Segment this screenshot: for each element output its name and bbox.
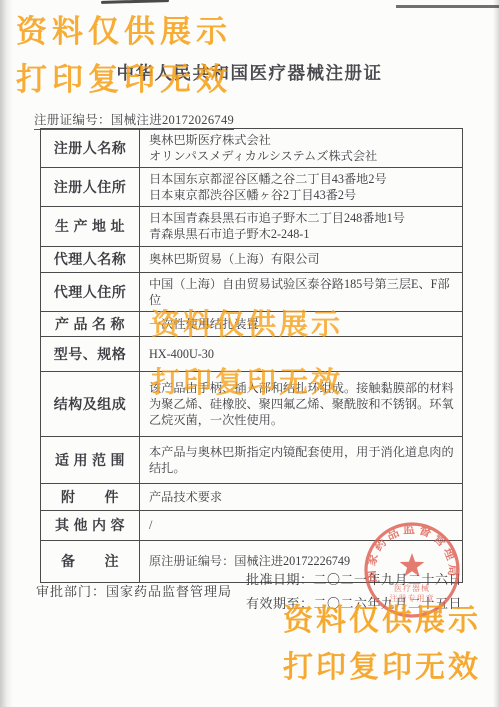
row-label: 适 用 范 围 — [41, 437, 140, 483]
row-label: 结构及组成 — [41, 372, 140, 436]
approval-department: 审批部门：国家药品监督管理局 — [36, 581, 232, 600]
table-row: 结构及组成 该产品由手柄、插入部和结扎环组成。接触黏膜部的材料为聚乙烯、硅橡胶、… — [41, 371, 462, 436]
table-row: 产 品 名 称 一次性使用结扎装置 — [41, 311, 462, 336]
row-label: 代理人住所 — [41, 273, 140, 311]
row-label: 注册人名称 — [41, 129, 140, 167]
watermark-line: 资料仅供展示 — [16, 8, 232, 56]
table-row: 注册人住所 日本国东京都涩谷区幡之谷二丁目43番地2号 日本東京都渋谷区幡ヶ谷2… — [41, 167, 462, 206]
table-row: 型号、规格 HX-400U-30 — [41, 336, 462, 371]
watermark-top: 资料仅供展示 打印复印无效 — [16, 8, 232, 104]
row-label: 注册人住所 — [41, 168, 140, 206]
row-label: 备 注 — [41, 541, 140, 582]
certificate-page: 中华人民共和国医疗器械注册证 注册证编号：国械注进20172026749 注册人… — [0, 0, 499, 707]
row-value: 该产品由手柄、插入部和结扎环组成。接触黏膜部的材料为聚乙烯、硅橡胶、聚四氟乙烯、… — [140, 372, 462, 436]
certificate-table: 注册人名称 奥林巴斯医疗株式会社 オリンパスメディカルシステムズ株式会社 注册人… — [40, 128, 463, 583]
approval-dates: 批准日期：二〇二一年九月二十六日 有效期至：二〇二六年九月二十五日 — [246, 568, 462, 616]
scan-artifact-top-right — [396, 5, 499, 8]
scan-edge-right — [493, 0, 499, 707]
row-label: 代理人名称 — [41, 247, 140, 272]
row-value: / — [140, 511, 462, 540]
scan-artifact-top-left — [101, 0, 169, 4]
registration-number: 注册证编号：国械注进20172026749 — [34, 110, 234, 130]
row-label: 型号、规格 — [41, 337, 140, 371]
row-value: 产品技术要求 — [140, 484, 462, 510]
row-value: 奥林巴斯贸易（上海）有限公司 — [140, 247, 462, 272]
table-row: 其 他 内 容 / — [41, 510, 462, 540]
row-label: 其 他 内 容 — [41, 511, 140, 540]
row-value: 奥林巴斯医疗株式会社 オリンパスメディカルシステムズ株式会社 — [140, 129, 462, 167]
row-value: 日本国东京都涩谷区幡之谷二丁目43番地2号 日本東京都渋谷区幡ヶ谷2丁目43番2… — [140, 168, 462, 206]
row-label: 附 件 — [41, 484, 140, 510]
watermark-line: 打印复印无效 — [283, 644, 481, 691]
row-value: 日本国青森县黑石市追子野木二丁目248番地1号 青森県黒石市追子野木2-248-… — [140, 207, 462, 245]
valid-until-date: 有效期至：二〇二六年九月二十五日 — [246, 592, 462, 616]
table-row: 代理人住所 中国（上海）自由贸易试验区泰谷路185号第三层E、F部位 — [41, 272, 462, 311]
scan-edge-left — [0, 0, 13, 707]
row-value: 本产品与奥林巴斯指定内镜配套使用，用于消化道息肉的结扎。 — [140, 437, 462, 483]
row-value: 一次性使用结扎装置 — [140, 312, 462, 336]
row-value: 中国（上海）自由贸易试验区泰谷路185号第三层E、F部位 — [140, 273, 462, 311]
table-row: 生 产 地 址 日本国青森县黑石市追子野木二丁目248番地1号 青森県黒石市追子… — [41, 206, 462, 245]
table-row: 附 件 产品技术要求 — [41, 483, 462, 510]
row-label: 产 品 名 称 — [41, 312, 140, 336]
row-value: HX-400U-30 — [140, 337, 462, 371]
certificate-title: 中华人民共和国医疗器械注册证 — [0, 60, 499, 85]
table-row: 适 用 范 围 本产品与奥林巴斯指定内镜配套使用，用于消化道息肉的结扎。 — [41, 436, 462, 483]
approval-date: 批准日期：二〇二一年九月二十六日 — [246, 568, 462, 592]
table-row: 代理人名称 奥林巴斯贸易（上海）有限公司 — [41, 246, 462, 272]
table-row: 注册人名称 奥林巴斯医疗株式会社 オリンパスメディカルシステムズ株式会社 — [41, 129, 462, 167]
row-label: 生 产 地 址 — [41, 207, 140, 245]
